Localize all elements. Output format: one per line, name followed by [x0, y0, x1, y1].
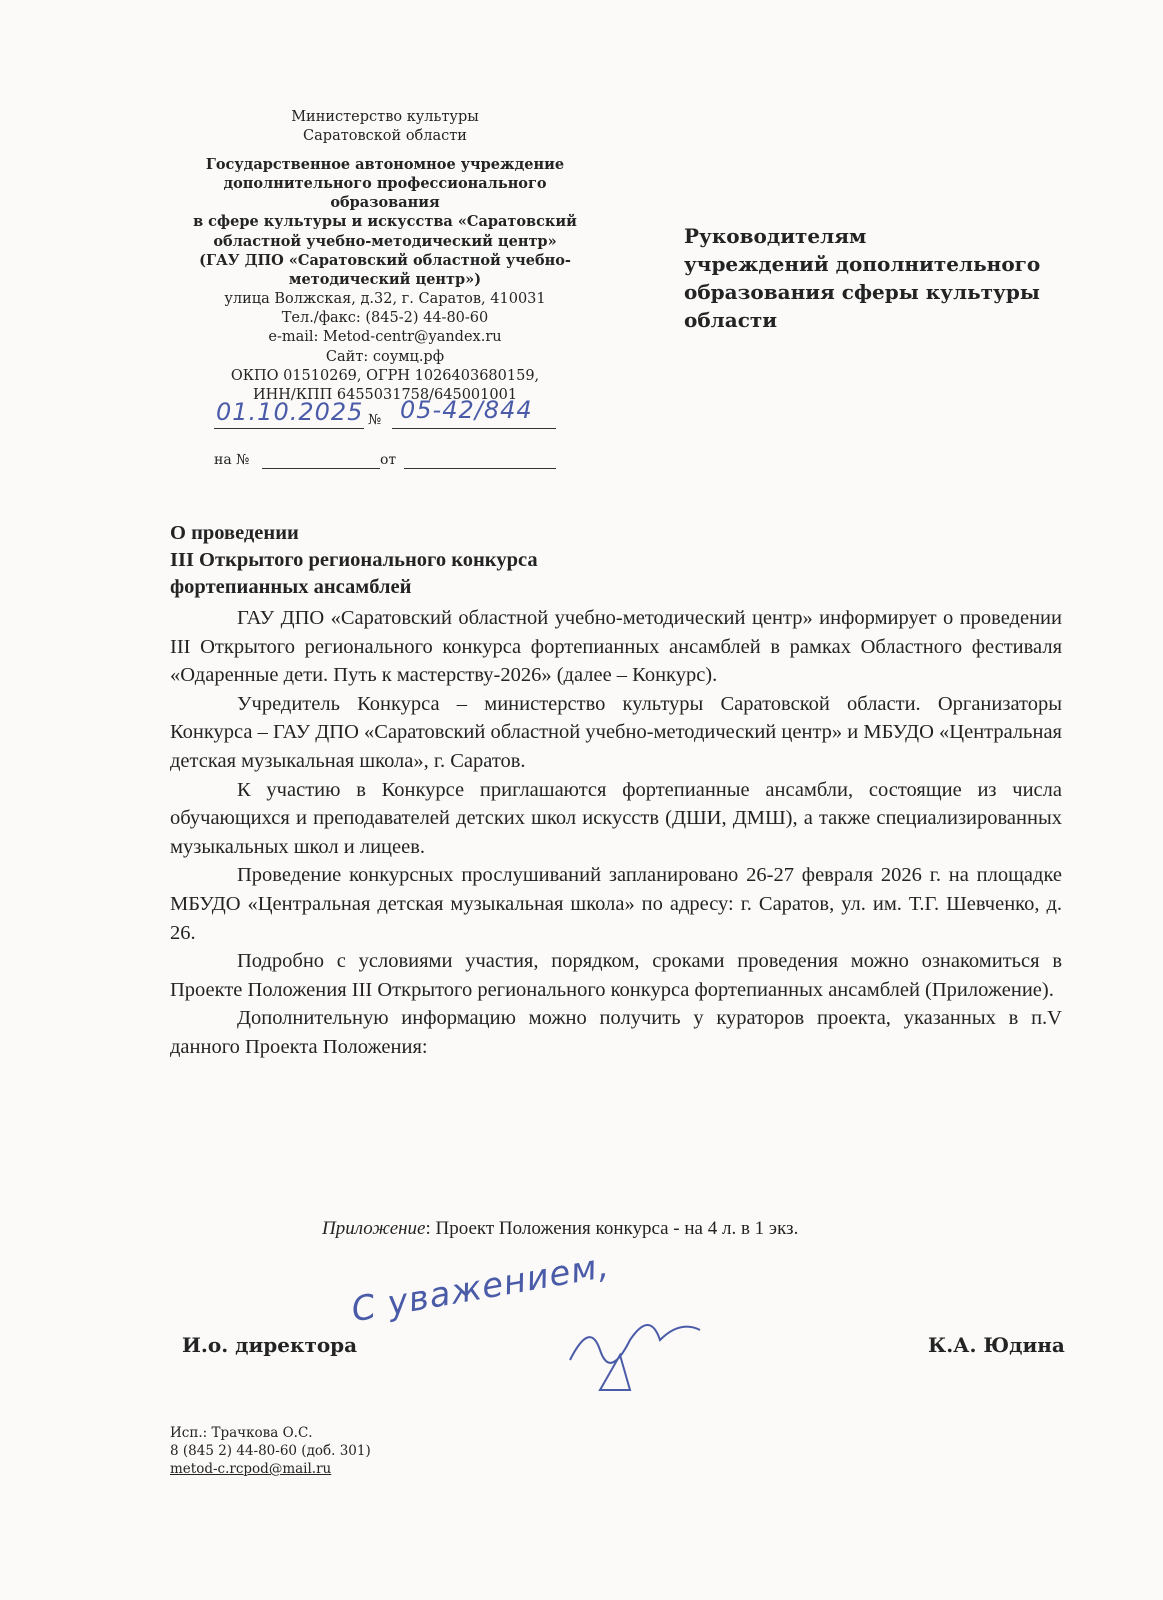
from-label: от	[380, 452, 396, 468]
address: улица Волжская, д.32, г. Саратов, 410031	[180, 290, 590, 309]
date-handwritten: 01.10.2025	[216, 398, 363, 426]
email: e-mail: Metod-centr@yandex.ru	[180, 328, 590, 347]
org-line-2: дополнительного профессионального образо…	[180, 174, 590, 213]
letterhead: Министерство культуры Саратовской област…	[180, 108, 590, 405]
paragraph-6: Дополнительную информацию можно получить…	[170, 1004, 1062, 1061]
executor-email: metod-c.rcpod@mail.ru	[170, 1460, 371, 1478]
number-label: №	[368, 412, 381, 428]
executor-info: Исп.: Трачкова О.С. 8 (845 2) 44-80-60 (…	[170, 1424, 371, 1478]
number-handwritten: 05-42/844	[400, 396, 533, 424]
org-line-4: областной учебно-методический центр»	[180, 232, 590, 251]
paragraph-5: Подробно с условиями участия, порядком, …	[170, 947, 1062, 1004]
ministry-line-1: Министерство культуры	[180, 108, 590, 127]
paragraph-2: Учредитель Конкурса – министерство культ…	[170, 690, 1062, 776]
ministry-line-2: Саратовской области	[180, 127, 590, 146]
recipient-line-2: учреждений дополнительного	[684, 250, 1040, 278]
reply-label: на №	[214, 452, 249, 468]
okpo-ogrn: ОКПО 01510269, ОГРН 1026403680159,	[180, 367, 590, 386]
org-line-6: методический центр»)	[180, 270, 590, 289]
subject: О проведении III Открытого регионального…	[170, 520, 538, 601]
executor-name: Исп.: Трачкова О.С.	[170, 1424, 371, 1442]
executor-phone: 8 (845 2) 44-80-60 (доб. 301)	[170, 1442, 371, 1460]
recipient-line-1: Руководителям	[684, 222, 1040, 250]
org-line-1: Государственное автономное учреждение	[180, 155, 590, 174]
recipient: Руководителям учреждений дополнительного…	[684, 222, 1040, 334]
paragraph-3: К участию в Конкурсе приглашаются фортеп…	[170, 776, 1062, 862]
phone: Тел./факс: (845-2) 44-80-60	[180, 309, 590, 328]
attachment-text: : Проект Положения конкурса - на 4 л. в …	[425, 1218, 798, 1239]
signatory-position: И.о. директора	[182, 1333, 357, 1357]
paragraph-1: ГАУ ДПО «Саратовский областной учебно-ме…	[170, 604, 1062, 690]
signatory-name: К.А. Юдина	[928, 1333, 1065, 1357]
attachment-note: Приложение: Проект Положения конкурса - …	[322, 1218, 798, 1240]
attachment-label: Приложение	[322, 1218, 425, 1239]
subject-line-3: фортепианных ансамблей	[170, 574, 538, 601]
subject-line-2: III Открытого регионального конкурса	[170, 547, 538, 574]
signature-scribble	[560, 1300, 720, 1400]
letter-body: ГАУ ДПО «Саратовский областной учебно-ме…	[170, 604, 1062, 1062]
subject-line-1: О проведении	[170, 520, 538, 547]
recipient-line-4: области	[684, 306, 1040, 334]
recipient-line-3: образования сферы культуры	[684, 278, 1040, 306]
org-line-5: (ГАУ ДПО «Саратовский областной учебно-	[180, 251, 590, 270]
org-line-3: в сфере культуры и искусства «Саратовски…	[180, 212, 590, 231]
website: Сайт: соумц.рф	[180, 348, 590, 367]
paragraph-4: Проведение конкурсных прослушиваний запл…	[170, 861, 1062, 947]
